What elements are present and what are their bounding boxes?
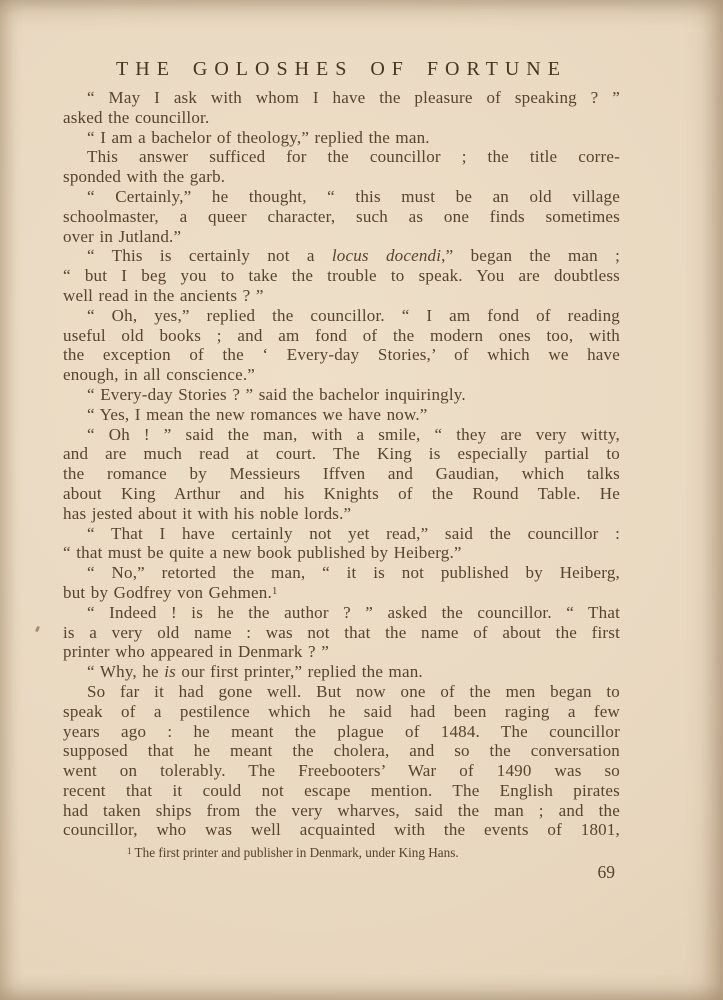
text-line: but by Godfrey von Gehmen.1 [63,583,620,603]
text-segment: has jested about it with his noble lords… [63,504,351,523]
text-segment: councillor, who was well acquainted with… [63,820,620,839]
text-segment: went on tolerably. The Freebooters’ War … [63,761,620,780]
text-line: So far it had gone well. But now one of … [63,682,620,702]
text-segment: This answer sufficed for the councillor … [87,147,620,166]
text-line: supposed that he meant the cholera, and … [63,741,620,761]
text-segment: The first printer and publisher in Denma… [132,845,459,860]
footnote: 1 The first printer and publisher in Den… [127,845,620,861]
text-segment: printer who appeared in Denmark ? ” [63,642,329,661]
text-line: years ago : he meant the plague of 1484.… [63,722,620,742]
page-title: THE GOLOSHES OF FORTUNE [63,58,620,80]
text-line: “ Oh, yes,” replied the councillor. “ I … [63,306,620,326]
italic-text: is [164,662,176,681]
text-segment: “ Why, he [87,662,164,681]
text-line: over in Jutland.” [63,227,620,247]
text-line: is a very old name : was not that the na… [63,623,620,643]
text-segment: speak of a pestilence which he said had … [63,702,620,721]
italic-text: locus docendi [332,246,441,265]
text-segment: sponded with the garb. [63,167,225,186]
text-segment: “ Oh, yes,” replied the councillor. “ I … [87,306,620,325]
text-line: councillor, who was well acquainted with… [63,820,620,840]
text-line: speak of a pestilence which he said had … [63,702,620,722]
text-segment: had taken ships from the very wharves, s… [63,801,620,820]
text-segment: schoolmaster, a queer character, such as… [63,207,620,226]
text-line: “ This is certainly not a locus docendi,… [63,246,620,266]
text-line: well read in the ancients ? ” [63,286,620,306]
text-line: went on tolerably. The Freebooters’ War … [63,761,620,781]
text-segment: “ That I have certainly not yet read,” s… [87,524,620,543]
text-segment: but by Godfrey von Gehmen. [63,583,272,602]
text-line: “ that must be quite a new book publishe… [63,543,620,563]
text-segment: useful old books ; and am fond of the mo… [63,326,620,345]
book-page: THE GOLOSHES OF FORTUNE “ May I ask with… [0,0,723,1000]
text-line: “ Indeed ! is he the author ? ” asked th… [63,603,620,623]
text-segment: “ No,” retorted the man, “ it is not pub… [87,563,620,582]
text-line: recent that it could not escape mention.… [63,781,620,801]
text-segment: supposed that he meant the cholera, and … [63,741,620,760]
text-segment: “ Yes, I mean the new romances we have n… [87,405,428,424]
text-segment: “ Indeed ! is he the author ? ” asked th… [87,603,620,622]
text-segment: over in Jutland.” [63,227,181,246]
text-line: “ Yes, I mean the new romances we have n… [63,405,620,425]
text-segment: about King Arthur and his Knights of the… [63,484,620,503]
text-segment: the romance by Messieurs Iffven and Gaud… [63,464,620,483]
text-segment: is a very old name : was not that the na… [63,623,620,642]
text-line: This answer sufficed for the councillor … [63,147,620,167]
text-segment: asked the councillor. [63,108,209,127]
text-line: “ Certainly,” he thought, “ this must be… [63,187,620,207]
text-line: schoolmaster, a queer character, such as… [63,207,620,227]
text-segment: “ that must be quite a new book publishe… [63,543,462,562]
text-line: “ Why, he is our first printer,” replied… [63,662,620,682]
text-line: had taken ships from the very wharves, s… [63,801,620,821]
text-line: “ I am a bachelor of theology,” replied … [63,128,620,148]
footnote-marker: 1 [272,585,278,597]
text-line: the romance by Messieurs Iffven and Gaud… [63,464,620,484]
text-segment: recent that it could not escape mention.… [63,781,620,800]
text-segment: “ I am a bachelor of theology,” replied … [87,128,430,147]
text-segment: “ May I ask with whom I have the pleasur… [87,88,620,107]
text-segment: ,” began the man ; [441,246,620,265]
text-line: sponded with the garb. [63,167,620,187]
text-segment: and are much read at court. The King is … [63,444,620,463]
text-segment: well read in the ancients ? ” [63,286,264,305]
text-segment: our first printer,” replied the man. [176,662,423,681]
text-segment: years ago : he meant the plague of 1484.… [63,722,620,741]
text-line: “ That I have certainly not yet read,” s… [63,524,620,544]
text-line: asked the councillor. [63,108,620,128]
text-block: “ May I ask with whom I have the pleasur… [63,88,620,840]
text-line: enough, in all conscience.” [63,365,620,385]
text-segment: So far it had gone well. But now one of … [87,682,620,701]
text-line: “ but I beg you to take the trouble to s… [63,266,620,286]
text-line: “ May I ask with whom I have the pleasur… [63,88,620,108]
text-segment: “ Oh ! ” said the man, with a smile, “ t… [87,425,620,444]
text-segment: enough, in all conscience.” [63,365,255,384]
text-line: “ Oh ! ” said the man, with a smile, “ t… [63,425,620,445]
text-line: useful old books ; and am fond of the mo… [63,326,620,346]
text-segment: “ Every-day Stories ? ” said the bachelo… [87,385,466,404]
text-segment: “ This is certainly not a [87,246,332,265]
text-line: “ Every-day Stories ? ” said the bachelo… [63,385,620,405]
text-line: about King Arthur and his Knights of the… [63,484,620,504]
text-line: “ No,” retorted the man, “ it is not pub… [63,563,620,583]
text-line: has jested about it with his noble lords… [63,504,620,524]
text-segment: “ Certainly,” he thought, “ this must be… [87,187,620,206]
ink-speck [35,626,40,633]
text-line: printer who appeared in Denmark ? ” [63,642,620,662]
text-segment: “ but I beg you to take the trouble to s… [63,266,620,285]
text-column: THE GOLOSHES OF FORTUNE “ May I ask with… [63,0,620,882]
text-segment: the exception of the ‘ Every-day Stories… [63,345,620,364]
text-line: the exception of the ‘ Every-day Stories… [63,345,620,365]
text-line: and are much read at court. The King is … [63,444,620,464]
page-number: 69 [63,862,620,882]
